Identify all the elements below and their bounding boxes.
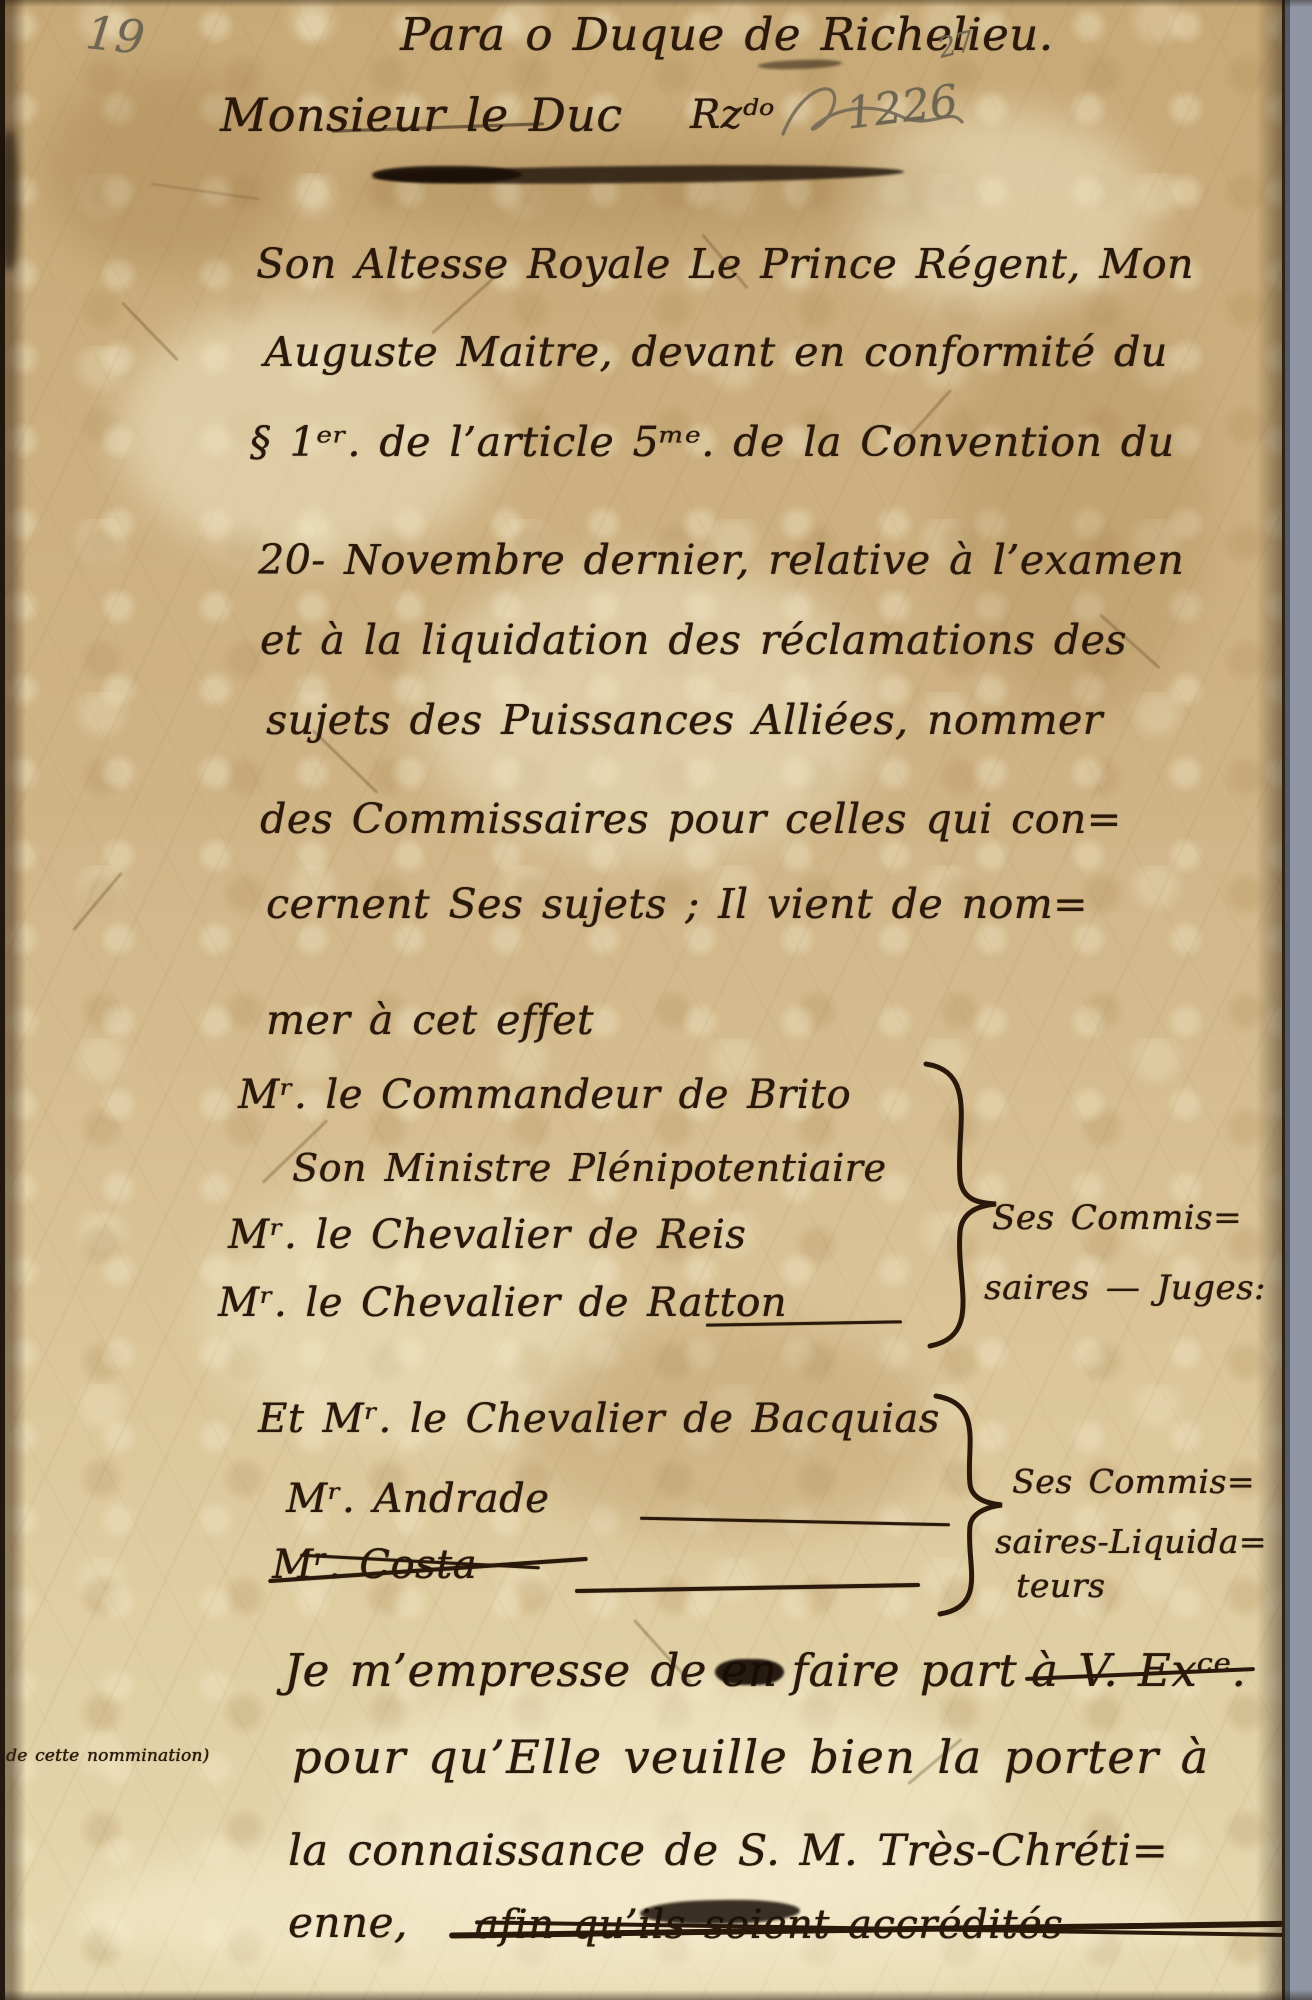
judges-label-line: Ses Commis=	[992, 1198, 1242, 1238]
paper-stain	[340, 140, 960, 240]
manuscript-page: 19 Para o Duque de Richelieu. 27 Monsieu…	[0, 0, 1312, 2000]
struck-passage: afin qu’ils soient accrédités	[475, 1902, 1312, 1948]
bleedthrough-mark	[121, 302, 179, 362]
brace-icon	[928, 1392, 1008, 1618]
body-line: Auguste Maitre, devant en conformité du	[264, 328, 1168, 376]
page-left-edge	[0, 0, 26, 2000]
closing-line: Je m’empresse de en faire part à V. Exᶜᵉ…	[284, 1644, 1246, 1697]
liquidators-label-line: teurs	[1016, 1566, 1105, 1605]
struck-addressee: à V. Exᶜᵉ.	[1031, 1644, 1246, 1697]
page-top-edge	[0, 0, 1312, 7]
body-line: mer à cet effet	[266, 996, 594, 1044]
registry-number-pencil: 1226	[843, 75, 960, 139]
page-bottom-edge	[0, 1990, 1312, 2000]
ink-smear	[372, 166, 522, 183]
page-number-pencil: 19	[83, 5, 147, 65]
body-line: Son Altesse Royale Le Prince Régent, Mon	[256, 240, 1194, 288]
judges-label-line: saires — Juges:	[984, 1268, 1266, 1308]
liquidator-name-struck: Mʳ. Costa	[272, 1542, 477, 1588]
judge-name: Son Ministre Plénipotentiaire	[292, 1146, 886, 1190]
closing-text: faire part	[791, 1644, 1017, 1697]
closing-line: enne,	[288, 1898, 408, 1947]
bleedthrough-mark	[150, 182, 259, 200]
body-line: 20- Novembre dernier, relative à l’exame…	[258, 536, 1184, 584]
body-line: des Commissaires pour celles qui con=	[260, 795, 1122, 843]
body-line: § 1ᵉʳ. de l’article 5ᵐᵉ. de la Conventio…	[250, 418, 1174, 466]
registry-mark: Rzᵈᵒ	[690, 92, 775, 138]
bleedthrough-mark	[72, 872, 123, 931]
closing-line: la connaissance de S. M. Très-Chréti=	[288, 1826, 1168, 1876]
scan-right-strip	[1282, 0, 1312, 2000]
judge-name: Mʳ. le Commandeur de Brito	[238, 1072, 851, 1118]
body-line: sujets des Puissances Alliées, nommer	[266, 696, 1103, 744]
liquidators-label-line: Ses Commis=	[1012, 1462, 1255, 1501]
salutation: Monsieur le Duc	[220, 88, 623, 142]
corner-shadow	[0, 130, 18, 270]
liquidators-label-line: saires-Liquida=	[995, 1522, 1267, 1561]
judge-name: Mʳ. le Chevalier de Ratton	[218, 1280, 787, 1326]
connector-rule	[575, 1583, 920, 1593]
margin-insertion-note: de cette nommination)	[6, 1746, 209, 1766]
liquidator-name: Et Mʳ. le Chevalier de Bacquias	[258, 1396, 940, 1442]
judge-name: Mʳ. le Chevalier de Reis	[228, 1212, 746, 1258]
closing-text: Je m’empresse de	[284, 1644, 707, 1697]
body-line: cernent Ses sujets ; Il vient de nom=	[266, 880, 1088, 928]
page-right-shadow	[1256, 0, 1282, 2000]
connector-rule	[640, 1517, 950, 1526]
liquidator-name: Mʳ. Andrade	[286, 1476, 549, 1522]
struck-word: en	[721, 1644, 778, 1697]
body-line: et à la liquidation des réclamations des	[260, 616, 1127, 664]
closing-line: pour qu’Elle veuille bien la porter à	[292, 1730, 1210, 1784]
